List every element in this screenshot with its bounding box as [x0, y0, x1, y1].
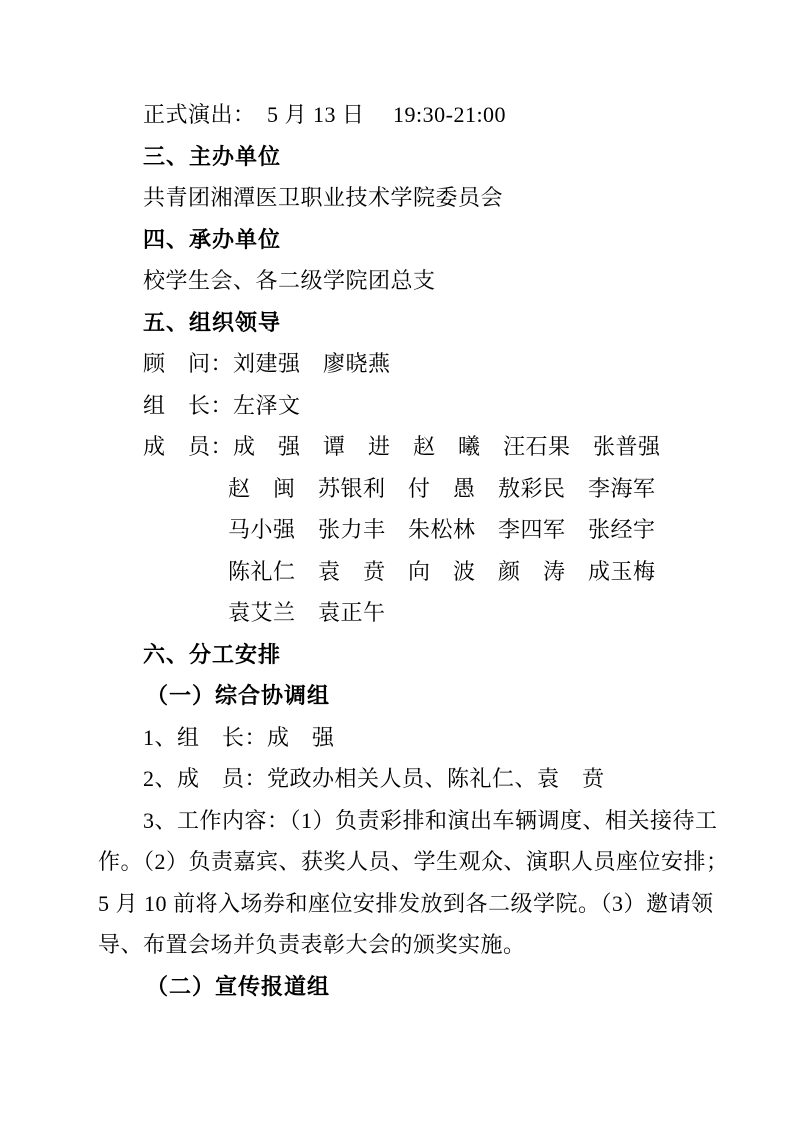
- subheading-publicity-group: （二）宣传报道组: [98, 966, 704, 1008]
- members-roster-line-1: 成 员：成 强 谭 进 赵 曦 汪石果 张普强: [98, 426, 704, 468]
- coordination-work-content-line-4: 导、布置会场并负责表彰大会的颁奖实施。: [98, 924, 704, 966]
- host-unit-name: 共青团湘潭医卫职业技术学院委员会: [98, 177, 704, 219]
- coordination-group-leader-line: 1、组 长：成 强: [98, 717, 704, 759]
- coordination-work-content-line-1: 3、工作内容：（1）负责彩排和演出车辆调度、相关接待工: [98, 800, 704, 842]
- heading-division-of-work: 六、分工安排: [98, 634, 704, 676]
- heading-organization-leadership: 五、组织领导: [98, 302, 704, 344]
- members-roster-line-4: 陈礼仁 袁 贲 向 波 颜 涛 成玉梅: [98, 551, 704, 593]
- coordination-work-content-line-2: 作。（2）负责嘉宾、获奖人员、学生观众、演职人员座位安排；: [98, 841, 704, 883]
- heading-organizer-unit: 四、承办单位: [98, 219, 704, 261]
- members-roster-line-2: 赵 闽 苏银利 付 愚 敖彩民 李海军: [98, 468, 704, 510]
- heading-host-unit: 三、主办单位: [98, 136, 704, 178]
- members-roster-line-3: 马小强 张力丰 朱松林 李四军 张经宇: [98, 509, 704, 551]
- members-roster-line-5: 袁艾兰 袁正午: [98, 592, 704, 634]
- coordination-group-members-line: 2、成 员：党政办相关人员、陈礼仁、袁 贲: [98, 758, 704, 800]
- group-leader-line: 组 长：左泽文: [98, 385, 704, 427]
- show-time-line: 正式演出： 5 月 13 日 19:30-21:00: [98, 94, 704, 136]
- subheading-coordination-group: （一）综合协调组: [98, 675, 704, 717]
- organizer-unit-name: 校学生会、各二级学院团总支: [98, 260, 704, 302]
- document-content: 正式演出： 5 月 13 日 19:30-21:00 三、主办单位 共青团湘潭医…: [98, 94, 704, 1007]
- document-page: 正式演出： 5 月 13 日 19:30-21:00 三、主办单位 共青团湘潭医…: [0, 0, 793, 1122]
- coordination-work-content-line-3: 5 月 10 前将入场券和座位安排发放到各二级学院。（3）邀请领: [98, 883, 704, 925]
- advisors-line: 顾 问：刘建强 廖晓燕: [98, 343, 704, 385]
